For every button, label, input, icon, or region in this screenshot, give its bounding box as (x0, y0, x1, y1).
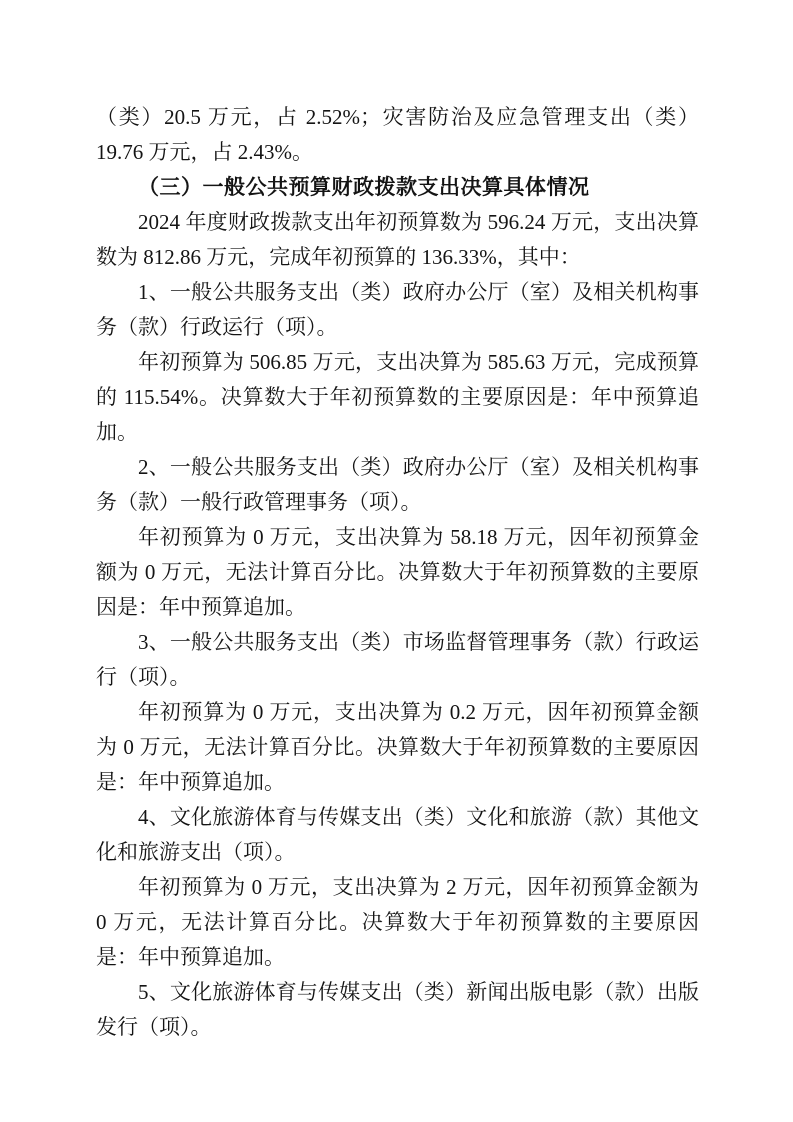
paragraph-item1-detail: 年初预算为 506.85 万元，支出决算为 585.63 万元，完成预算的 11… (96, 345, 699, 450)
paragraph-item1-title: 1、一般公共服务支出（类）政府办公厅（室）及相关机构事务（款）行政运行（项）。 (96, 275, 699, 345)
document-body: （类）20.5 万元，占 2.52%；灾害防治及应急管理支出（类）19.76 万… (96, 100, 699, 1045)
paragraph-continuation: （类）20.5 万元，占 2.52%；灾害防治及应急管理支出（类）19.76 万… (96, 100, 699, 170)
paragraph-item2-title: 2、一般公共服务支出（类）政府办公厅（室）及相关机构事务（款）一般行政管理事务（… (96, 450, 699, 520)
paragraph-overview: 2024 年度财政拨款支出年初预算数为 596.24 万元，支出决算数为 812… (96, 205, 699, 275)
paragraph-item3-detail: 年初预算为 0 万元，支出决算为 0.2 万元，因年初预算金额为 0 万元，无法… (96, 695, 699, 800)
paragraph-item4-title: 4、文化旅游体育与传媒支出（类）文化和旅游（款）其他文化和旅游支出（项）。 (96, 800, 699, 870)
document-page: （类）20.5 万元，占 2.52%；灾害防治及应急管理支出（类）19.76 万… (0, 0, 793, 1122)
paragraph-item3-title: 3、一般公共服务支出（类）市场监督管理事务（款）行政运行（项）。 (96, 625, 699, 695)
paragraph-item4-detail: 年初预算为 0 万元，支出决算为 2 万元，因年初预算金额为 0 万元，无法计算… (96, 870, 699, 975)
paragraph-item5-title: 5、文化旅游体育与传媒支出（类）新闻出版电影（款）出版发行（项）。 (96, 975, 699, 1045)
section-heading: （三）一般公共预算财政拨款支出决算具体情况 (96, 170, 699, 205)
paragraph-item2-detail: 年初预算为 0 万元，支出决算为 58.18 万元，因年初预算金额为 0 万元，… (96, 520, 699, 625)
